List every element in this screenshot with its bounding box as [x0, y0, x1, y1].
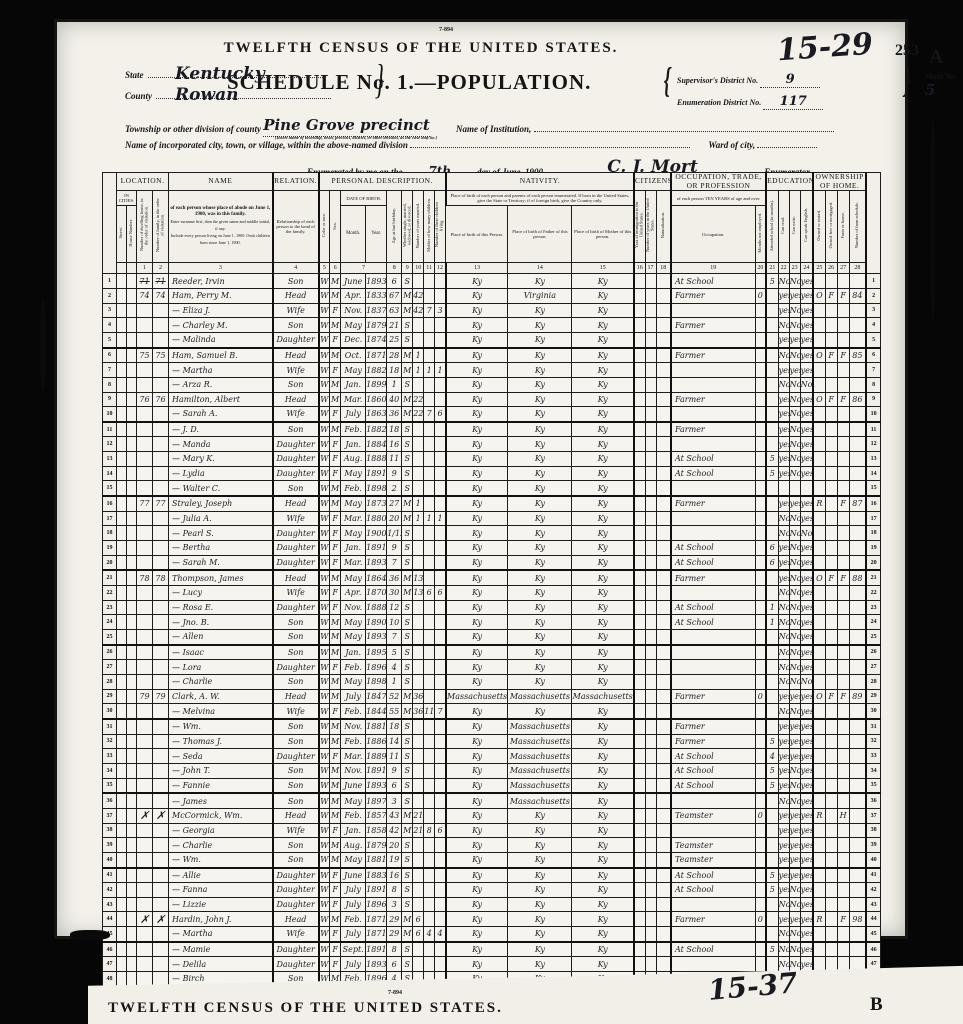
cell-mother-birthplace: Ky — [572, 541, 634, 556]
cell-naturalization — [656, 407, 671, 422]
cell-house-number — [127, 274, 137, 289]
cell-years-married — [413, 660, 424, 675]
cell-can-speak-english: yes — [800, 852, 813, 867]
cell-line-number: 23 — [866, 600, 880, 615]
cell-sex: M — [330, 392, 341, 407]
cell-school-months: 5 — [766, 452, 778, 467]
cell-relation: Son — [273, 481, 319, 496]
cell-years-married — [413, 674, 424, 689]
cell-years-in-us — [645, 942, 656, 957]
cell-occupation: Farmer — [671, 392, 755, 407]
cell-farm-or-house — [837, 838, 849, 853]
cell-mother-of-children — [424, 481, 435, 496]
cell-can-speak-english: yes — [800, 660, 813, 675]
cell-can-read: yes — [778, 303, 789, 318]
cell-owned-free-mortgaged — [825, 660, 837, 675]
cell-street — [117, 511, 127, 526]
table-row: 32— Thomas J.SonWMFeb.188614SKyMassachus… — [103, 734, 881, 749]
cell-can-write: yes — [789, 838, 800, 853]
cell-dwelling-number — [137, 422, 153, 437]
cell-line-number: 37 — [866, 808, 880, 823]
cell-father-birthplace: Massachusetts — [508, 719, 572, 734]
cell-birthplace: Ky — [446, 615, 508, 630]
cell-relation: Daughter — [273, 749, 319, 764]
cell-birthplace: Ky — [446, 363, 508, 378]
cell-dwelling-number — [137, 586, 153, 601]
cell-relation: Wife — [273, 927, 319, 942]
cell-years-in-us — [645, 422, 656, 437]
census-table-body: 17171Reeder, IrvinSonWMJune18936SKyKyKyA… — [103, 274, 881, 1016]
cell-line-number: 30 — [866, 704, 880, 719]
cell-farm-schedule-number: 88 — [849, 570, 866, 585]
cell-years-married — [413, 274, 424, 289]
cell-can-speak-english: yes — [800, 793, 813, 808]
cell-years-in-us — [645, 496, 656, 511]
cell-owned-rented — [813, 719, 825, 734]
cell-house-number — [127, 734, 137, 749]
cell-can-speak-english: No — [800, 674, 813, 689]
cell-birth-month: Dec. — [341, 332, 366, 347]
cell-street — [117, 541, 127, 556]
cell-marital-status: M — [402, 586, 413, 601]
cell-sex: F — [330, 437, 341, 452]
cell-age: 8 — [387, 942, 402, 957]
cell-months-not-employed — [755, 838, 766, 853]
cell-age: 9 — [387, 541, 402, 556]
cell-mother-birthplace: Ky — [572, 734, 634, 749]
cell-sex: F — [330, 303, 341, 318]
mother-of-header: Mother of how many children. — [424, 191, 435, 263]
cell-school-months — [766, 838, 778, 853]
cell-father-birthplace: Ky — [508, 957, 572, 972]
cell-years-in-us — [645, 852, 656, 867]
cell-family-number — [153, 452, 169, 467]
cell-line-number: 39 — [866, 838, 880, 853]
cell-name: — Charley M. — [169, 318, 273, 333]
cell-months-not-employed — [755, 332, 766, 347]
cell-years-in-us — [645, 288, 656, 303]
cell-mother-of-children — [424, 852, 435, 867]
cell-birth-month: Sept. — [341, 942, 366, 957]
cell-children-living: 6 — [435, 407, 446, 422]
cell-mother-of-children — [424, 630, 435, 645]
table-row: 24— Jno. B.SonWMMay189010SKyKyKyAt Schoo… — [103, 615, 881, 630]
cell-birth-year: 1858 — [366, 823, 387, 838]
cell-dwelling-number: 75 — [137, 348, 153, 363]
cell-farm-or-house — [837, 332, 849, 347]
table-row: 25— AllenSonWMMay18937SKyKyKyNoNoyes25 — [103, 630, 881, 645]
cell-can-speak-english: yes — [800, 615, 813, 630]
cell-line-number: 28 — [103, 674, 117, 689]
cell-naturalization — [656, 674, 671, 689]
township-line: Township or other division of county Pin… — [125, 118, 945, 140]
cell-can-read: No — [778, 511, 789, 526]
cell-birthplace: Ky — [446, 570, 508, 585]
cell-mother-birthplace: Ky — [572, 422, 634, 437]
cell-birthplace: Ky — [446, 466, 508, 481]
cell-mother-of-children — [424, 778, 435, 793]
table-row: 13— Mary K.DaughterWFAug.188811SKyKyKyAt… — [103, 452, 881, 467]
cell-immigration-year — [634, 749, 645, 764]
cell-farm-or-house: F — [837, 288, 849, 303]
street-header: Street. — [117, 206, 127, 263]
cell-occupation: Farmer — [671, 719, 755, 734]
cell-line-number: 34 — [866, 763, 880, 778]
cell-age: 40 — [387, 392, 402, 407]
column-number-row: 1234 5678 9101112 131415 161718 1920 212… — [103, 263, 881, 274]
table-row: 33— SedaDaughterWFMar.188911SKyMassachus… — [103, 749, 881, 764]
cell-color: W — [319, 407, 330, 422]
cell-birth-year: 1898 — [366, 481, 387, 496]
cell-immigration-year — [634, 823, 645, 838]
cell-house-number — [127, 570, 137, 585]
personal-description-group: PERSONAL DESCRIPTION. — [319, 173, 446, 191]
cell-can-write: yes — [789, 288, 800, 303]
cell-farm-schedule-number — [849, 407, 866, 422]
cell-relation: Son — [273, 377, 319, 392]
cell-name: Ham, Samuel B. — [169, 348, 273, 363]
cell-age: 1 — [387, 377, 402, 392]
cell-naturalization — [656, 689, 671, 704]
cell-occupation — [671, 481, 755, 496]
cell-mother-birthplace: Ky — [572, 630, 634, 645]
cell-sex: M — [330, 288, 341, 303]
cell-occupation: At School — [671, 883, 755, 898]
cell-street — [117, 466, 127, 481]
cell-dwelling-number: 78 — [137, 570, 153, 585]
cell-occupation — [671, 630, 755, 645]
cell-farm-or-house — [837, 318, 849, 333]
cell-occupation — [671, 897, 755, 912]
cell-school-months: 5 — [766, 734, 778, 749]
cell-father-birthplace: Ky — [508, 481, 572, 496]
cell-years-married: 6 — [413, 912, 424, 927]
cell-marital-status: M — [402, 363, 413, 378]
cell-birth-month: Mar. — [341, 392, 366, 407]
table-row: 217878Thompson, JamesHeadWMMay186436M13K… — [103, 570, 881, 585]
cell-marital-status: S — [402, 526, 413, 541]
cell-street — [117, 332, 127, 347]
cell-father-birthplace: Ky — [508, 392, 572, 407]
cell-children-living — [435, 496, 446, 511]
cell-immigration-year — [634, 570, 645, 585]
cell-years-in-us — [645, 541, 656, 556]
cell-immigration-year — [634, 674, 645, 689]
cell-school-months: 6 — [766, 555, 778, 570]
cell-dwelling-number — [137, 778, 153, 793]
cell-can-read: yes — [778, 838, 789, 853]
sheet-letter: A — [929, 46, 943, 69]
cell-line-number: 2 — [866, 288, 880, 303]
cell-mother-birthplace: Ky — [572, 555, 634, 570]
cell-age: 9 — [387, 763, 402, 778]
cell-school-months — [766, 303, 778, 318]
cell-owned-free-mortgaged — [825, 481, 837, 496]
cell-dwelling-number — [137, 883, 153, 898]
cell-mother-birthplace: Ky — [572, 481, 634, 496]
cell-family-number — [153, 674, 169, 689]
cell-owned-rented — [813, 586, 825, 601]
cell-color: W — [319, 586, 330, 601]
cell-naturalization — [656, 808, 671, 823]
form-number: 7-894 — [57, 27, 835, 33]
enumeration-value: 117 — [780, 94, 807, 109]
cell-owned-rented: R — [813, 808, 825, 823]
cell-name: — Mary K. — [169, 452, 273, 467]
cell-color: W — [319, 823, 330, 838]
cell-owned-rented — [813, 838, 825, 853]
cell-sex: M — [330, 852, 341, 867]
cell-can-read: yes — [778, 332, 789, 347]
cell-months-not-employed — [755, 437, 766, 452]
cell-birthplace: Ky — [446, 793, 508, 808]
cell-can-write: yes — [789, 808, 800, 823]
cell-relation: Head — [273, 496, 319, 511]
cell-owned-rented — [813, 897, 825, 912]
table-row: 26— IsaacSonWMJan.18955SKyKyKyNoNoyes26 — [103, 645, 881, 660]
cell-can-write: No — [789, 274, 800, 289]
cell-sex: F — [330, 526, 341, 541]
cell-father-birthplace: Ky — [508, 407, 572, 422]
cell-farm-schedule-number — [849, 793, 866, 808]
cell-birthplace: Ky — [446, 897, 508, 912]
cell-owned-free-mortgaged — [825, 883, 837, 898]
cell-children-living — [435, 422, 446, 437]
cell-line-number: 33 — [103, 749, 117, 764]
cell-street — [117, 912, 127, 927]
cell-owned-free-mortgaged — [825, 466, 837, 481]
cell-birth-year: 1882 — [366, 422, 387, 437]
cell-months-not-employed — [755, 511, 766, 526]
cell-children-living — [435, 883, 446, 898]
cell-farm-schedule-number — [849, 674, 866, 689]
cell-age: 5 — [387, 645, 402, 660]
cell-immigration-year — [634, 303, 645, 318]
cell-dwelling-number — [137, 704, 153, 719]
cell-can-read: yes — [778, 288, 789, 303]
cell-mother-birthplace: Ky — [572, 392, 634, 407]
cell-street — [117, 674, 127, 689]
cell-sex: F — [330, 927, 341, 942]
cell-years-in-us — [645, 526, 656, 541]
cell-years-in-us — [645, 912, 656, 927]
cell-marital-status: S — [402, 734, 413, 749]
cell-years-in-us — [645, 586, 656, 601]
cell-birthplace: Ky — [446, 555, 508, 570]
cell-name: — J. D. — [169, 422, 273, 437]
relation-group: RELATION. — [273, 173, 319, 191]
cell-months-not-employed — [755, 942, 766, 957]
cell-name: — Seda — [169, 749, 273, 764]
cell-dwelling-number — [137, 645, 153, 660]
cell-can-read: No — [778, 377, 789, 392]
cell-birth-month: Oct. — [341, 348, 366, 363]
cell-mother-of-children — [424, 570, 435, 585]
cell-color: W — [319, 555, 330, 570]
cell-father-birthplace: Massachusetts — [508, 749, 572, 764]
cell-children-living — [435, 689, 446, 704]
cell-can-read: yes — [778, 778, 789, 793]
cell-birth-month: May — [341, 526, 366, 541]
cell-children-living — [435, 481, 446, 496]
cell-street — [117, 719, 127, 734]
nativity-group: NATIVITY. — [446, 173, 634, 191]
cell-mother-of-children: 11 — [424, 704, 435, 719]
table-row: 17171Reeder, IrvinSonWMJune18936SKyKyKyA… — [103, 274, 881, 289]
cell-birthplace: Ky — [446, 541, 508, 556]
cell-line-number: 11 — [866, 422, 880, 437]
cell-birth-year: 1863 — [366, 407, 387, 422]
cell-farm-or-house — [837, 437, 849, 452]
cell-name: — Sarah A. — [169, 407, 273, 422]
cell-father-birthplace: Ky — [508, 600, 572, 615]
cell-name: — Martha — [169, 927, 273, 942]
cell-house-number — [127, 600, 137, 615]
cell-can-write: No — [789, 570, 800, 585]
cell-name: — Pearl S. — [169, 526, 273, 541]
cell-years-in-us — [645, 883, 656, 898]
cell-birth-year: 1896 — [366, 897, 387, 912]
cell-school-months — [766, 719, 778, 734]
census-sheet-a: 7-894 TWELFTH CENSUS OF THE UNITED STATE… — [57, 22, 905, 936]
cell-birthplace: Ky — [446, 912, 508, 927]
cell-birth-month: Aug. — [341, 838, 366, 853]
cell-can-write: No — [789, 778, 800, 793]
table-row: 15— Walter C.SonWMFeb.18982SKyKyKy15 — [103, 481, 881, 496]
cell-occupation — [671, 793, 755, 808]
cell-birthplace: Ky — [446, 778, 508, 793]
cell-naturalization — [656, 630, 671, 645]
cell-naturalization — [656, 868, 671, 883]
cell-birth-year: 1844 — [366, 704, 387, 719]
speak-english-header: Can speak English. — [800, 191, 813, 263]
cell-name: — Wm. — [169, 719, 273, 734]
cell-mother-birthplace: Ky — [572, 645, 634, 660]
cell-can-speak-english: yes — [800, 600, 813, 615]
cell-children-living: 6 — [435, 823, 446, 838]
cell-street — [117, 838, 127, 853]
cell-birthplace: Ky — [446, 852, 508, 867]
cell-dwelling-number: 71 — [137, 274, 153, 289]
cell-age: 3 — [387, 897, 402, 912]
cell-school-months — [766, 437, 778, 452]
table-row: 37✗✗McCormick, Wm.HeadWMFeb.185743M21KyK… — [103, 808, 881, 823]
cell-farm-schedule-number: 98 — [849, 912, 866, 927]
cell-mother-of-children — [424, 452, 435, 467]
cell-school-months — [766, 363, 778, 378]
cell-years-in-us — [645, 318, 656, 333]
cell-marital-status: M — [402, 348, 413, 363]
cell-family-number — [153, 660, 169, 675]
cell-farm-or-house — [837, 749, 849, 764]
cell-house-number — [127, 868, 137, 883]
cell-line-number: 34 — [103, 763, 117, 778]
cell-birth-month: Feb. — [341, 481, 366, 496]
cell-line-number: 13 — [103, 452, 117, 467]
cell-family-number — [153, 645, 169, 660]
cell-immigration-year — [634, 526, 645, 541]
cell-can-speak-english: yes — [800, 496, 813, 511]
cell-months-not-employed — [755, 407, 766, 422]
cell-sex: M — [330, 674, 341, 689]
cell-immigration-year — [634, 348, 645, 363]
cell-father-birthplace: Massachusetts — [508, 793, 572, 808]
cell-owned-free-mortgaged — [825, 452, 837, 467]
cell-can-read: yes — [778, 749, 789, 764]
cell-line-number: 16 — [103, 496, 117, 511]
cell-years-married — [413, 422, 424, 437]
cell-line-number: 32 — [866, 734, 880, 749]
cell-farm-schedule-number — [849, 808, 866, 823]
cell-family-number — [153, 422, 169, 437]
cell-line-number: 43 — [866, 897, 880, 912]
cell-months-not-employed — [755, 823, 766, 838]
cell-farm-or-house — [837, 645, 849, 660]
cell-line-number: 21 — [866, 570, 880, 585]
cell-relation: Wife — [273, 586, 319, 601]
cell-months-not-employed — [755, 778, 766, 793]
age-header: Age at last birthday. — [387, 191, 402, 263]
cell-can-speak-english: yes — [800, 318, 813, 333]
cell-father-birthplace: Ky — [508, 615, 572, 630]
cell-birth-year: 1879 — [366, 318, 387, 333]
cell-name: — Delila — [169, 957, 273, 972]
cell-dwelling-number — [137, 481, 153, 496]
cell-years-in-us — [645, 778, 656, 793]
cell-naturalization — [656, 332, 671, 347]
cell-birth-month: May — [341, 318, 366, 333]
cell-birth-year: 1891 — [366, 942, 387, 957]
cell-sex: M — [330, 838, 341, 853]
cell-owned-rented — [813, 363, 825, 378]
cell-age: 1/12 — [387, 526, 402, 541]
cell-relation: Son — [273, 852, 319, 867]
cell-street — [117, 957, 127, 972]
cell-school-months — [766, 689, 778, 704]
cell-line-number: 44 — [866, 912, 880, 927]
cell-mother-of-children: 7 — [424, 407, 435, 422]
sheet-value: 5 — [925, 81, 935, 99]
cell-street — [117, 437, 127, 452]
cell-mother-birthplace: Ky — [572, 318, 634, 333]
cell-mother-birthplace: Ky — [572, 274, 634, 289]
cell-age: 6 — [387, 957, 402, 972]
cell-street — [117, 288, 127, 303]
cell-sex: M — [330, 793, 341, 808]
cell-can-read: No — [778, 942, 789, 957]
cell-house-number — [127, 883, 137, 898]
cell-occupation: At School — [671, 541, 755, 556]
cell-years-in-us — [645, 615, 656, 630]
cell-naturalization — [656, 437, 671, 452]
cell-owned-rented — [813, 511, 825, 526]
cell-birth-month: Mar. — [341, 555, 366, 570]
cell-house-number — [127, 942, 137, 957]
city-line: Name of incorporated city, town, or vill… — [125, 140, 945, 150]
cell-owned-free-mortgaged — [825, 511, 837, 526]
cell-farm-or-house: F — [837, 496, 849, 511]
cell-mother-of-children — [424, 749, 435, 764]
cell-line-number: 26 — [866, 645, 880, 660]
cell-street — [117, 689, 127, 704]
cell-birth-year: 1882 — [366, 363, 387, 378]
cell-age: 18 — [387, 363, 402, 378]
cell-father-birthplace: Ky — [508, 437, 572, 452]
cell-owned-free-mortgaged — [825, 823, 837, 838]
handwritten-page-number: 15-29 — [776, 27, 874, 69]
table-row: 27— LoraDaughterWFFeb.18964SKyKyKyNoNoye… — [103, 660, 881, 675]
cell-can-speak-english: yes — [800, 704, 813, 719]
